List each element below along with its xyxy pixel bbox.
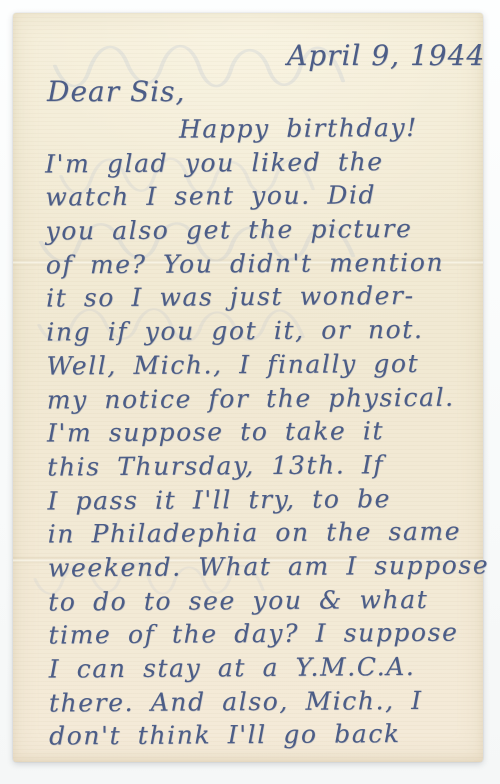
letter-line: in Philadephia on the same	[48, 515, 486, 552]
letter-line: weekend. What am I suppose	[48, 548, 486, 585]
letter-page: April 9, 1944 Dear Sis, Happy birthday! …	[13, 13, 483, 762]
letter-body: Happy birthday! I'm glad you liked the w…	[45, 110, 487, 753]
letter-line: Well, Mich., I finally got	[46, 346, 484, 383]
letter-line: watch I sent you. Did	[45, 178, 483, 215]
letter-salutation: Dear Sis,	[47, 75, 185, 108]
letter-line: time of the day? I suppose	[48, 616, 486, 653]
letter-line: I pass it I'll try, to be	[47, 481, 485, 518]
letter-line: it so I was just wonder-	[46, 279, 484, 316]
letter-line: of me? You didn't mention	[46, 245, 484, 282]
letter-line: I can stay at a Y.M.C.A.	[49, 649, 487, 686]
letter-line: you also get the picture	[45, 212, 483, 249]
letter-line: to do to see you & what	[48, 582, 486, 619]
letter-line: Happy birthday!	[45, 110, 483, 147]
letter-line: my notice for the physical.	[47, 380, 485, 417]
letter-line: I'm glad you liked the	[45, 144, 483, 181]
letter-date: April 9, 1944	[287, 39, 485, 72]
letter-line: ing if you got it, or not.	[46, 313, 484, 350]
letter-line: this Thursday, 13th. If	[47, 447, 485, 484]
letter-line: don't think I'll go back	[49, 717, 487, 754]
letter-line: there. And also, Mich., I	[49, 683, 487, 720]
letter-line: I'm suppose to take it	[47, 414, 485, 451]
